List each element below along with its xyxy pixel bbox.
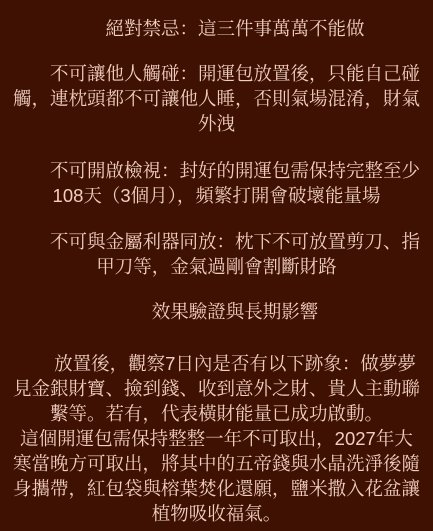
article-page: 絕對禁忌：這三件事萬萬不能做 不可讓他人觸碰：開運包放置後，只能自己碰 觸，連枕… (0, 0, 433, 531)
paragraph-no-opening: 不可開啟檢視：封好的開運包需保持完整至少 108天（3個月），頻繁打開會破壞能量… (6, 158, 427, 208)
heading-effect-verification: 效果驗證與長期影響 (6, 299, 427, 324)
heading-absolute-taboos: 絕對禁忌：這三件事萬萬不能做 (6, 16, 427, 41)
paragraph-verification-and-longterm: 放置後，觀察7日內是否有以下跡象：做夢夢 見金銀財寶、撿到錢、收到意外之財、貴人… (6, 351, 427, 526)
paragraph-no-touching: 不可讓他人觸碰：開運包放置後，只能自己碰 觸，連枕頭都不可讓他人睡，否則氣場混淆… (6, 61, 427, 136)
paragraph-no-metal-objects: 不可與金屬利器同放：枕下不可放置剪刀、指 甲刀等，金氣過剛會割斷財路 (6, 229, 427, 279)
